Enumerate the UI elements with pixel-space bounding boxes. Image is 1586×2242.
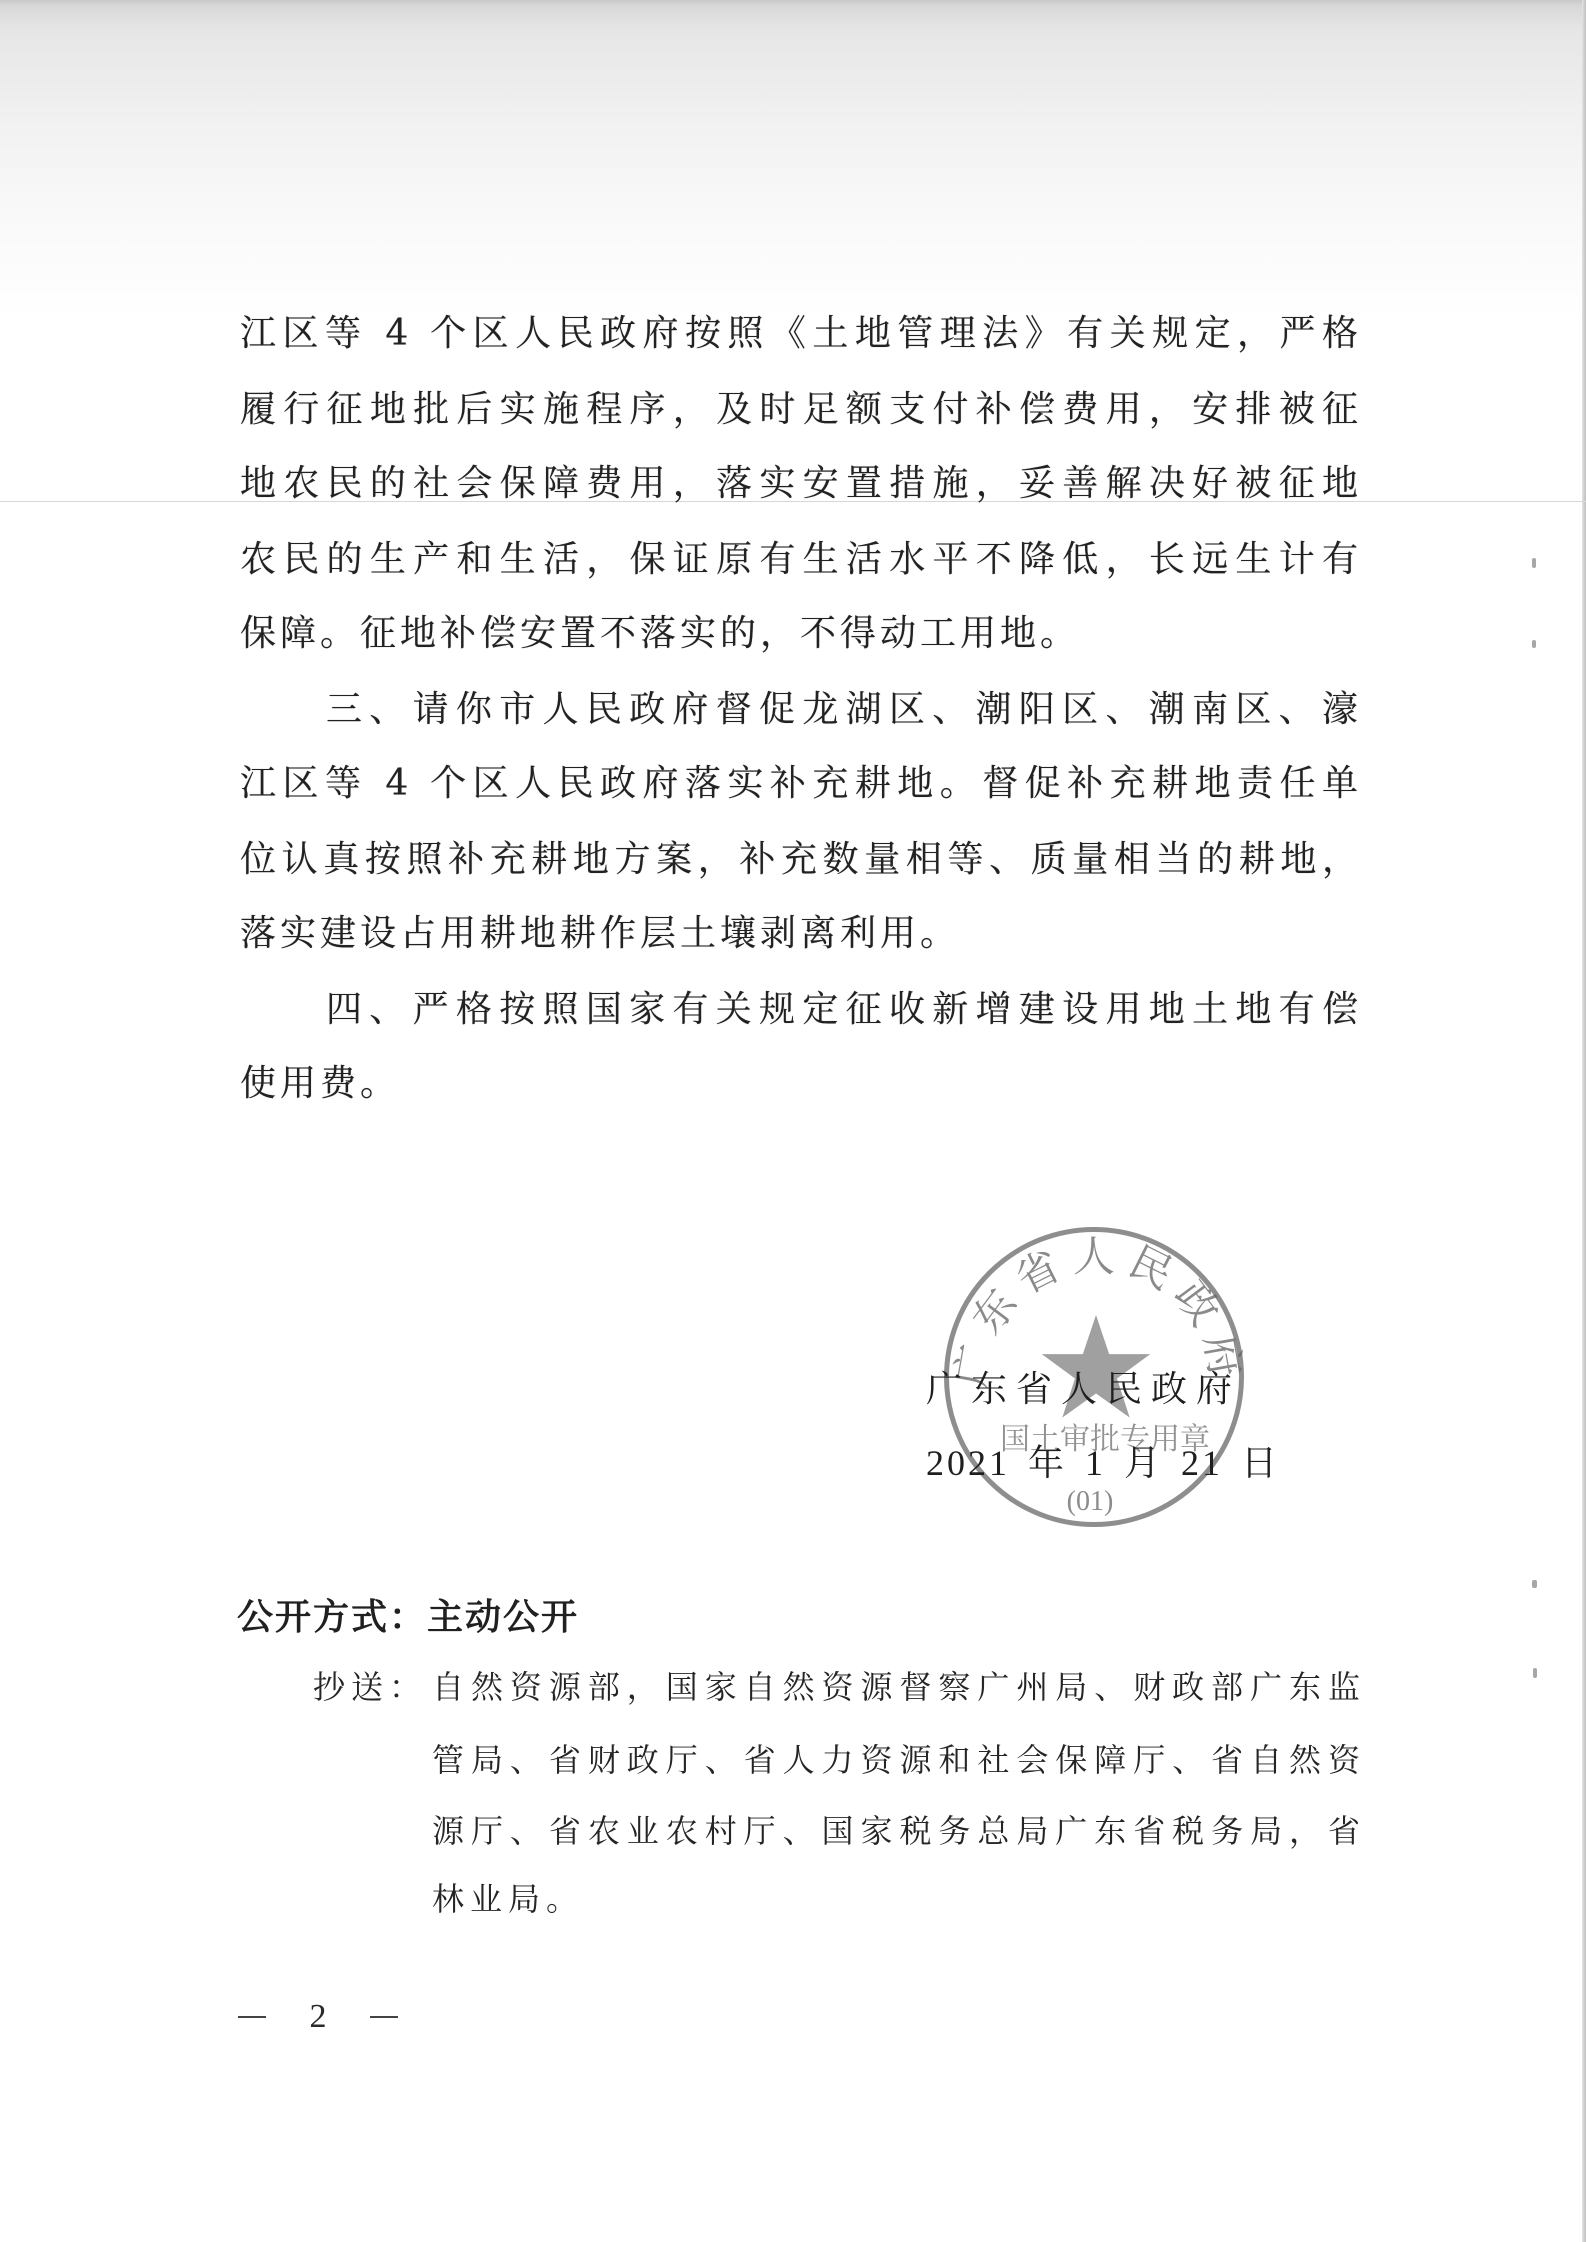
issue-date: 2021 年 1 月 21 日 xyxy=(926,1443,1280,1483)
cc-label: 抄送： xyxy=(313,1668,427,1706)
scan-edge xyxy=(1582,0,1586,2242)
body-line: 农民的生产和生活，保证原有生活水平不降低，长远生计有 xyxy=(240,540,1362,580)
body-line: 地农民的社会保障费用，落实安置措施，妥善解决好被征地 xyxy=(240,464,1362,504)
body-line: 位认真按照补充耕地方案，补充数量相等、质量相当的耕地， xyxy=(240,840,1362,880)
cc-line: 管局、省财政厅、省人力资源和社会保障厅、省自然资 xyxy=(432,1741,1360,1779)
scan-mark xyxy=(1533,1668,1537,1678)
body-line: 江区等 4 个区人民政府按照《土地管理法》有关规定，严格 xyxy=(240,314,1362,354)
body-line: 保障。征地补偿安置不落实的，不得动工用地。 xyxy=(240,614,1080,654)
body-line: 落实建设占用耕地耕作层土壤剥离利用。 xyxy=(240,914,960,954)
dash-left xyxy=(238,2016,266,2018)
cc-line: 自然资源部，国家自然资源督察广州局、财政部广东监 xyxy=(432,1668,1360,1706)
paragraph-three-start: 三、请你市人民政府督促龙湖区、潮阳区、潮南区、濠 xyxy=(326,690,1362,730)
scan-mark xyxy=(1532,1580,1537,1588)
scan-mark xyxy=(1532,558,1536,568)
body-line: 江区等 4 个区人民政府落实补充耕地。督促补充耕地责任单 xyxy=(240,764,1362,804)
body-line: 使用费。 xyxy=(240,1064,400,1104)
issuer-name: 广东省人民政府 xyxy=(926,1370,1241,1410)
cc-line: 源厅、省农业农村厅、国家税务总局广东省税务局，省 xyxy=(432,1812,1360,1850)
document-page: 江区等 4 个区人民政府按照《土地管理法》有关规定，严格 履行征地批后实施程序，… xyxy=(0,0,1586,2242)
scan-mark xyxy=(1532,640,1536,648)
cc-line: 林业局。 xyxy=(432,1880,1360,1918)
dash-right xyxy=(370,2016,398,2018)
disclosure-method: 公开方式：主动公开 xyxy=(237,1598,579,1638)
page-number: 2 xyxy=(238,2000,398,2034)
seal-code: (01) xyxy=(1060,1486,1120,1518)
paragraph-four-start: 四、严格按照国家有关规定征收新增建设用地土地有偿 xyxy=(326,990,1362,1030)
body-line: 履行征地批后实施程序，及时足额支付补偿费用，安排被征 xyxy=(240,390,1362,430)
page-number-value: 2 xyxy=(310,2000,327,2034)
